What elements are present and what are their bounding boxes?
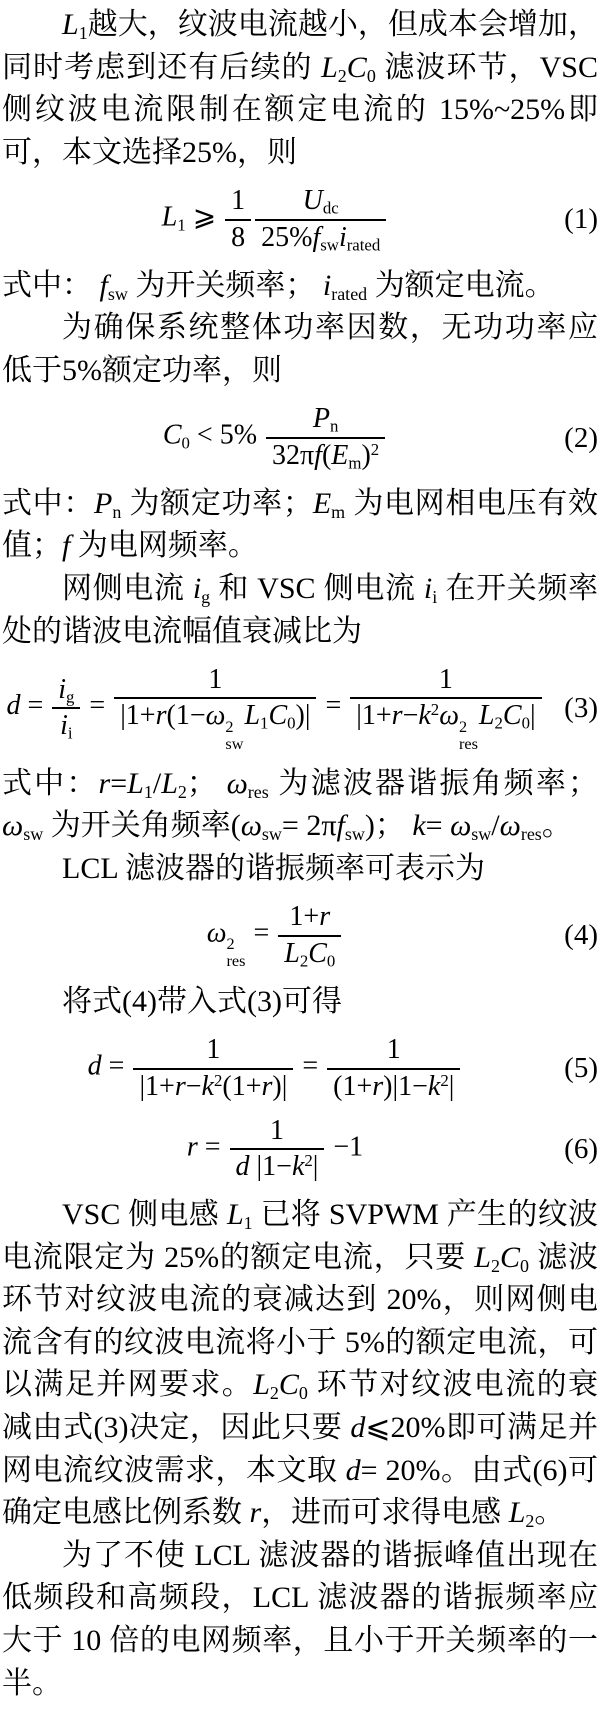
text-run: ，进而可求得电感 (261, 1496, 509, 1529)
superscript: 2 (440, 1070, 448, 1089)
paragraph-6: VSC 侧电感 L1 已将 SVPWM 产生的纹波电流限定为 25%的额定电流，… (2, 1194, 598, 1535)
math-variable: L (509, 1496, 526, 1529)
fraction-denominator: d |1−k2| (230, 1150, 325, 1184)
fraction: Udc25%fswirated (255, 184, 386, 254)
text-run: = (246, 918, 276, 949)
text-run: = (20, 690, 50, 721)
math-variable: L (474, 1241, 491, 1274)
subscript: n (330, 417, 338, 436)
math-variable: k (292, 1151, 304, 1182)
subscript: res (248, 782, 269, 802)
subscript: 1 (177, 216, 185, 235)
subscript: 2 (494, 714, 502, 733)
subscript: m (331, 502, 345, 522)
subscript: res (227, 953, 246, 970)
subscript: res (521, 824, 542, 844)
subscript: g (66, 687, 74, 706)
text-run: 1 (231, 185, 245, 216)
text-run: = (102, 1051, 132, 1082)
math-variable: ω (207, 918, 227, 949)
equation-number: (5) (548, 1050, 598, 1086)
math-variable: L (62, 8, 79, 41)
fraction-denominator: |1+r−k2(1+r)| (133, 1070, 293, 1104)
equation-body: ω2res = 1+rL2C0 (2, 900, 548, 970)
subscript: 1 (144, 782, 153, 802)
math-variable: ω (2, 809, 23, 842)
text-run: = (318, 690, 348, 721)
math-variable: L (127, 767, 144, 800)
text-run: 8 (231, 222, 245, 253)
math-variable: P (94, 487, 112, 520)
fraction-denominator: 32πf(Em)2 (266, 439, 385, 473)
math-variable: C (503, 700, 522, 731)
math-variable: i (60, 710, 68, 741)
subscript: sw (345, 824, 365, 844)
fraction: 18 (225, 184, 251, 254)
fraction: 1|1+r−k2(1+r)| (133, 1033, 293, 1103)
superscript-subscript-stack: 2res (459, 719, 478, 753)
math-variable: k (428, 1071, 440, 1102)
math-variable: i (323, 269, 331, 302)
math-variable: L (253, 1368, 270, 1401)
fraction: 1|1+r(1−ω2swL1C0)| (114, 663, 316, 753)
math-variable: r (319, 901, 330, 932)
math-variable: f (314, 440, 322, 471)
text-run: ⩾ (186, 202, 223, 233)
math-variable: r (156, 700, 167, 731)
fraction-denominator: |1+r−k2ω2resL2C0| (350, 699, 541, 752)
superscript: 2 (227, 936, 246, 953)
text-run: 为了不使 LCL 滤波器的谐振峰值出现在低频段和高频段，LCL 滤波器的谐振频率… (2, 1539, 598, 1700)
subscript: 1 (244, 1213, 253, 1233)
superscript: 2 (371, 439, 379, 458)
document-page: L1越大，纹波电流越小，但成本会增加，同时考虑到还有后续的 L2C0 滤波环节，… (0, 0, 600, 1713)
subscript: 0 (327, 951, 335, 970)
paragraph-4: LCL 滤波器的谐振频率可表示为 (2, 848, 598, 891)
fraction-numerator: 1 (114, 663, 316, 699)
math-variable: ω (500, 809, 521, 842)
math-variable: L (244, 700, 260, 731)
text-run: 式中： (2, 767, 99, 800)
fraction-numerator: Udc (255, 184, 386, 220)
superscript: 2 (304, 1151, 312, 1170)
math-variable: P (313, 403, 330, 434)
subscript: sw (262, 824, 282, 844)
text-run: |1+ (120, 700, 155, 731)
equation-number: (4) (548, 917, 598, 953)
text-run: 为确保系统整体功率因数，无功功率应低于5%额定功率，则 (2, 311, 598, 387)
subscript: n (112, 502, 121, 522)
text-run: )|1− (383, 1071, 428, 1102)
text-run: 为开关频率； (128, 269, 323, 302)
math-variable: f (336, 809, 344, 842)
equation-5: d = 1|1+r−k2(1+r)| = 1(1+r)|1−k2|(5) (2, 1033, 598, 1103)
text-run: LCL 滤波器的谐振频率可表示为 (62, 852, 485, 885)
text-run: 为开关角频率( (43, 809, 241, 842)
fraction-denominator: 8 (225, 221, 251, 255)
equation-number: (1) (548, 201, 598, 237)
fraction-denominator: 25%fswirated (255, 221, 386, 255)
fraction-denominator: ii (52, 709, 80, 743)
superscript-subscript-stack: 2res (227, 936, 246, 970)
paragraph-7: 为了不使 LCL 滤波器的谐振峰值出现在低频段和高频段，LCL 滤波器的谐振频率… (2, 1535, 598, 1705)
text-run: 为额定功率； (121, 487, 313, 520)
text-run: (1+ (222, 1071, 261, 1102)
paragraph-3: 网侧电流 ig 和 VSC 侧电流 ii 在开关频率处的谐波电流幅值衰减比为 (2, 568, 598, 653)
text-run: |1+ (356, 700, 391, 731)
math-variable: ω (206, 700, 226, 731)
fraction: 1d |1−k2| (230, 1114, 325, 1184)
subscript: 0 (520, 1256, 529, 1276)
text-run: 1 (270, 1115, 284, 1146)
superscript: 2 (225, 719, 243, 736)
math-variable: k (418, 700, 430, 731)
paragraph-5: 将式(4)带入式(3)可得 (2, 981, 598, 1024)
explanation-2: 式中：Pn 为额定功率；Em 为电网相电压有效值；f 为电网频率。 (2, 483, 598, 568)
equation-1: L1 ⩾ 18Udc25%fswirated(1) (2, 184, 598, 254)
subscript: 0 (299, 1383, 308, 1403)
superscript: 2 (459, 719, 478, 736)
math-variable: C (279, 1368, 299, 1401)
text-run: 1 (387, 1034, 401, 1065)
math-variable: L (162, 202, 178, 233)
text-run: 1 (206, 1034, 220, 1065)
math-variable: U (303, 185, 323, 216)
subscript: 2 (178, 782, 187, 802)
math-variable: L (227, 1198, 244, 1231)
text-run: 式中： (2, 269, 100, 302)
text-run: 为滤波器谐振角频率； (269, 767, 598, 800)
subscript: sw (23, 824, 43, 844)
text-run: − (186, 1071, 202, 1102)
fraction: 1|1+r−k2ω2resL2C0| (350, 663, 541, 753)
equation-2: C0 < 5% Pn32πf(Em)2(2) (2, 402, 598, 472)
text-run: 1+ (289, 901, 319, 932)
text-run: / (491, 809, 499, 842)
subscript: 0 (367, 66, 376, 86)
math-variable: r (99, 767, 111, 800)
math-variable: C (500, 1241, 520, 1274)
text-run: | (530, 700, 536, 731)
math-variable: i (424, 572, 432, 605)
fraction-numerator: 1 (230, 1114, 325, 1150)
math-variable: r (372, 1071, 383, 1102)
superscript-subscript-stack: 2sw (225, 719, 243, 753)
math-variable: r (250, 1496, 262, 1529)
math-variable: d (6, 690, 20, 721)
math-variable: d (346, 1454, 361, 1487)
equation-body: d = 1|1+r−k2(1+r)| = 1(1+r)|1−k2| (2, 1033, 548, 1103)
text-run: |1− (250, 1151, 292, 1182)
text-run: 和 VSC 侧电流 (210, 572, 424, 605)
fraction-numerator: 1+r (278, 900, 341, 936)
math-variable: E (331, 440, 348, 471)
equation-body: L1 ⩾ 18Udc25%fswirated (2, 184, 548, 254)
text-run: = (295, 1051, 325, 1082)
text-run: 1 (439, 664, 453, 695)
fraction-numerator: ig (52, 673, 80, 709)
fraction-numerator: 1 (133, 1033, 293, 1069)
text-run: ( (322, 440, 331, 471)
subscript: 2 (338, 66, 347, 86)
explanation-3: 式中：r=L1/L2； ωres 为滤波器谐振角频率； ωsw 为开关角频率(ω… (2, 763, 598, 848)
fraction-numerator: 1 (327, 1033, 460, 1069)
text-run: 为电网频率。 (70, 529, 258, 562)
text-run: 网侧电流 (62, 572, 193, 605)
superscript: 2 (431, 700, 439, 719)
subscript: 2 (270, 1383, 279, 1403)
fraction-denominator: |1+r(1−ω2swL1C0)| (114, 699, 316, 752)
text-run: = (198, 1131, 228, 1162)
math-variable: C (163, 420, 182, 451)
fraction: 1+rL2C0 (278, 900, 341, 970)
math-variable: E (313, 487, 331, 520)
text-run: | (449, 1071, 455, 1102)
subscript: sw (108, 284, 128, 304)
text-run: 将式(4)带入式(3)可得 (62, 985, 342, 1018)
text-run: 32π (272, 440, 314, 471)
math-variable: d (350, 1411, 365, 1444)
subscript: sw (471, 824, 491, 844)
subscript: dc (323, 199, 339, 218)
text-run: / (153, 767, 161, 800)
math-variable: r (262, 1071, 273, 1102)
subscript: 0 (522, 714, 530, 733)
fraction-numerator: Pn (266, 402, 385, 438)
math-variable: k (412, 809, 425, 842)
math-variable: r (187, 1131, 198, 1162)
subscript: 2 (300, 951, 308, 970)
math-variable: ω (241, 809, 262, 842)
text-run: 25% (261, 222, 312, 253)
text-run: < 5% (190, 420, 264, 451)
math-variable: f (100, 269, 108, 302)
math-variable: d (88, 1051, 102, 1082)
text-run: = (82, 690, 112, 721)
subscript: rated (331, 284, 367, 304)
math-variable: C (347, 51, 367, 84)
fraction: igii (52, 673, 80, 743)
math-variable: i (58, 674, 66, 705)
equation-6: r = 1d |1−k2| −1(6) (2, 1114, 598, 1184)
equation-number: (2) (548, 420, 598, 456)
fraction-denominator: (1+r)|1−k2| (327, 1070, 460, 1104)
text-run: ； (187, 767, 227, 800)
subscript: 2 (491, 1256, 500, 1276)
equation-number: (6) (548, 1131, 598, 1167)
equation-3: d = igii = 1|1+r(1−ω2swL1C0)| = 1|1+r−k2… (2, 663, 598, 753)
equation-number: (3) (548, 690, 598, 726)
subscript: sw (320, 235, 339, 254)
subscript: sw (225, 736, 243, 753)
text-run: 1 (208, 664, 222, 695)
text-run: −1 (326, 1131, 363, 1162)
fraction: Pn32πf(Em)2 (266, 402, 385, 472)
fraction-denominator: L2C0 (278, 937, 341, 971)
math-variable: L (321, 51, 338, 84)
math-variable: r (392, 700, 403, 731)
math-variable: i (339, 222, 347, 253)
text-run: = (110, 767, 127, 800)
text-run: )| (296, 700, 311, 731)
text-run: = 2π (282, 809, 337, 842)
subscript: 1 (79, 23, 88, 43)
math-variable: L (479, 700, 495, 731)
text-run: 。 (534, 1496, 564, 1529)
text-run: 式中： (2, 487, 94, 520)
text-run: (1+ (333, 1071, 372, 1102)
subscript: res (459, 736, 478, 753)
text-run: | (313, 1151, 319, 1182)
math-variable: C (308, 938, 327, 969)
subscript: rated (347, 235, 381, 254)
equation-4: ω2res = 1+rL2C0(4) (2, 900, 598, 970)
equation-body: d = igii = 1|1+r(1−ω2swL1C0)| = 1|1+r−k2… (2, 663, 548, 753)
math-variable: L (161, 767, 178, 800)
fraction: 1(1+r)|1−k2| (327, 1033, 460, 1103)
subscript: m (348, 453, 361, 472)
explanation-1: 式中： fsw 为开关频率； irated 为额定电流。 (2, 265, 598, 308)
subscript: g (201, 587, 210, 607)
text-run: VSC 侧电感 (62, 1198, 227, 1231)
text-run: )； (365, 809, 413, 842)
text-run: − (403, 700, 419, 731)
paragraph-1: L1越大，纹波电流越小，但成本会增加，同时考虑到还有后续的 L2C0 滤波环节，… (2, 4, 598, 174)
fraction-numerator: 1 (350, 663, 541, 699)
math-variable: ω (439, 700, 459, 731)
subscript: i (68, 724, 73, 743)
math-variable: k (202, 1071, 214, 1102)
math-variable: i (193, 572, 201, 605)
subscript: 0 (182, 434, 190, 453)
text-run: = (426, 809, 450, 842)
equation-body: C0 < 5% Pn32πf(Em)2 (2, 402, 548, 472)
paragraph-2: 为确保系统整体功率因数，无功功率应低于5%额定功率，则 (2, 307, 598, 392)
math-variable: ω (227, 767, 248, 800)
subscript: 0 (287, 714, 295, 733)
text-run: |1+ (139, 1071, 174, 1102)
text-run: (1− (167, 700, 206, 731)
text-run: 为额定电流。 (367, 269, 555, 302)
math-variable: L (284, 938, 300, 969)
math-variable: C (268, 700, 287, 731)
text-run: 。 (542, 809, 572, 842)
math-variable: d (236, 1151, 250, 1182)
text-run: ) (361, 440, 370, 471)
fraction-numerator: 1 (225, 184, 251, 220)
equation-body: r = 1d |1−k2| −1 (2, 1114, 548, 1184)
math-variable: r (175, 1071, 186, 1102)
math-variable: ω (450, 809, 471, 842)
text-run: )| (272, 1071, 287, 1102)
